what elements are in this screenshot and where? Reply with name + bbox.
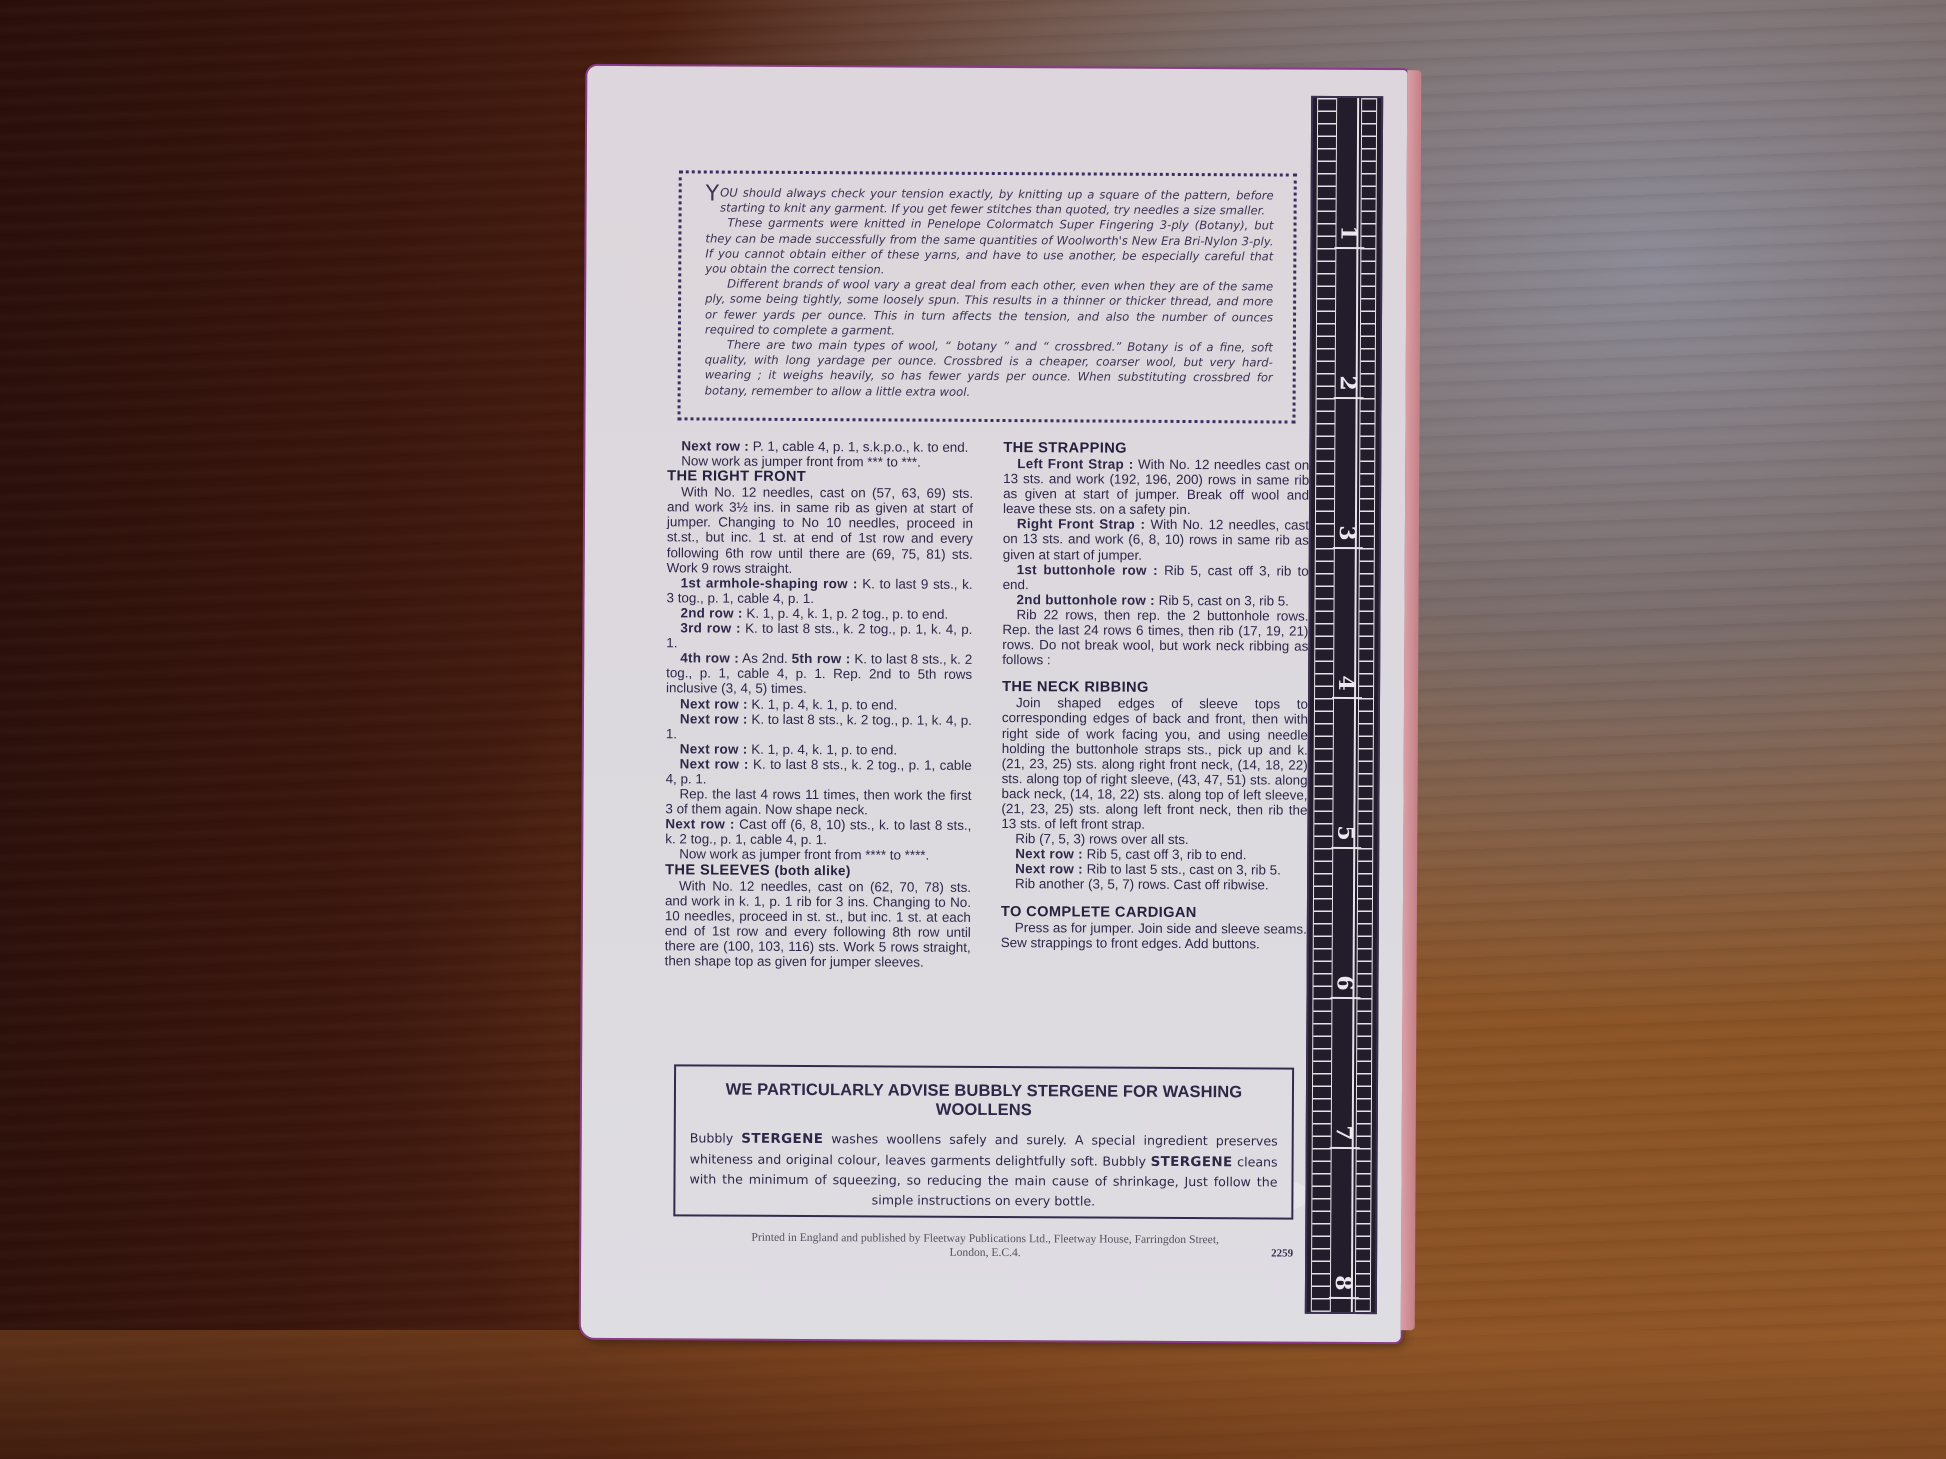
closing-instruction: Now work as jumper front from **** to **… xyxy=(665,847,971,864)
ruler-inch-tick xyxy=(1334,397,1364,399)
instruction-row: Next row : P. 1, cable 4, p. 1, s.k.p.o.… xyxy=(667,438,973,455)
inch-ruler: 12345678 xyxy=(1305,96,1383,1314)
instruction-row: 3rd row : K. to last 8 sts., k. 2 tog., … xyxy=(666,620,972,652)
advert-title: WE PARTICULARLY ADVISE BUBBLY STERGENE F… xyxy=(690,1080,1278,1121)
section-heading-neck-ribbing: THE NECK RIBBING xyxy=(1002,679,1308,697)
instruction-row: 4th row : As 2nd. 5th row : K. to last 8… xyxy=(666,651,972,698)
left-column: Next row : P. 1, cable 4, p. 1, s.k.p.o.… xyxy=(665,438,974,970)
advert-body: Bubbly STERGENE washes woollens safely a… xyxy=(689,1128,1277,1211)
neck-shaping-row: Next row : Cast off (6, 8, 10) sts., k. … xyxy=(665,817,971,849)
ruler-inch-label: 6 xyxy=(1331,973,1357,993)
tension-paragraph-1: YOU should always check your tension exa… xyxy=(706,185,1274,218)
stergene-advert-box: WE PARTICULARLY ADVISE BUBBLY STERGENE F… xyxy=(673,1064,1294,1219)
ruler-inch-tick xyxy=(1332,697,1362,699)
left-front-strap: Left Front Strap : With No. 12 needles c… xyxy=(1003,456,1309,518)
sleeves-body: With No. 12 needles, cast on (62, 70, 78… xyxy=(665,878,971,970)
knitting-pattern-leaflet: YOU should always check your tension exa… xyxy=(581,66,1408,1342)
complete-cardigan-body: Press as for jumper. Join side and sleev… xyxy=(1001,920,1307,952)
instruction-row: Next row : K. to last 8 sts., k. 2 tog.,… xyxy=(666,756,972,788)
ruler-inch-tick xyxy=(1329,1297,1359,1299)
tension-paragraph-4: There are two main types of wool, “ bota… xyxy=(705,338,1273,402)
instruction-row: Now work as jumper front from *** to ***… xyxy=(667,453,973,470)
publication-code: 2259 xyxy=(1271,1247,1293,1259)
section-heading-sleeves: THE SLEEVES (both alike) xyxy=(665,862,971,880)
ruler-inch-tick xyxy=(1334,247,1364,249)
tension-paragraph-2: These garments were knitted in Penelope … xyxy=(705,216,1273,280)
section-heading-complete-cardigan: TO COMPLETE CARDIGAN xyxy=(1001,904,1307,922)
ruler-inch-tick xyxy=(1330,997,1360,999)
right-column: THE STRAPPING Left Front Strap : With No… xyxy=(1001,440,1310,951)
drop-cap: Y xyxy=(706,185,720,203)
ruler-inch-tick xyxy=(1330,1147,1360,1149)
instruction-row: Next row : K. to last 8 sts., k. 2 tog.,… xyxy=(666,711,972,743)
ruler-inch-label: 3 xyxy=(1334,523,1360,543)
ruler-inch-label: 1 xyxy=(1335,223,1361,243)
section-heading-right-front: THE RIGHT FRONT xyxy=(667,468,973,486)
buttonhole-row-1: 1st buttonhole row : Rib 5, cast off 3, … xyxy=(1003,562,1309,594)
instruction-row: 1st armhole-shaping row : K. to last 9 s… xyxy=(667,575,973,607)
ruler-inch-label: 4 xyxy=(1333,673,1359,693)
table-edge-band xyxy=(0,1330,1946,1459)
publisher-imprint: Printed in England and published by Flee… xyxy=(665,1230,1305,1261)
ruler-inch-label: 5 xyxy=(1332,823,1358,843)
instruction-row: Next row : Rib to last 5 sts., cast on 3… xyxy=(1001,861,1307,878)
brand-name: STERGENE xyxy=(1151,1154,1233,1169)
neck-ribbing-rib: Rib (7, 5, 3) rows over all sts. xyxy=(1001,831,1307,848)
instruction-row: 2nd row : K. 1, p. 4, k. 1, p. 2 tog., p… xyxy=(666,605,972,622)
repeat-instruction: Rep. the last 4 rows 11 times, then work… xyxy=(665,786,971,818)
brand-name: STERGENE xyxy=(741,1132,823,1147)
tension-paragraph-3: Different brands of wool vary a great de… xyxy=(705,277,1273,341)
section-heading-strapping: THE STRAPPING xyxy=(1003,440,1309,458)
right-front-body: With No. 12 needles, cast on (57, 63, 69… xyxy=(667,484,973,576)
instruction-row: Next row : Rib 5, cast off 3, rib to end… xyxy=(1001,846,1307,863)
neck-ribbing-body: Join shaped edges of sleeve tops to corr… xyxy=(1001,695,1308,832)
instruction-row: Next row : K. 1, p. 4, k. 1, p. to end. xyxy=(666,741,972,758)
neck-ribbing-finish: Rib another (3, 5, 7) rows. Cast off rib… xyxy=(1001,876,1307,893)
ruler-inch-label: 2 xyxy=(1335,373,1361,393)
ruler-inch-label: 8 xyxy=(1330,1273,1356,1293)
ruler-inch-tick xyxy=(1331,847,1361,849)
right-front-strap: Right Front Strap : With No. 12 needles,… xyxy=(1003,516,1309,563)
buttonhole-row-2: 2nd buttonhole row : Rib 5, cast on 3, r… xyxy=(1003,592,1309,609)
ruler-inch-tick xyxy=(1333,547,1363,549)
ruler-ticks-right xyxy=(1355,98,1377,1312)
ruler-inch-label: 7 xyxy=(1331,1123,1357,1143)
leaflet-cover-edge xyxy=(1401,70,1422,1330)
strapping-continue: Rib 22 rows, then rep. the 2 buttonhole … xyxy=(1002,607,1308,669)
tension-note-box: YOU should always check your tension exa… xyxy=(677,170,1296,423)
instruction-row: Next row : K. 1, p. 4, k. 1, p. to end. xyxy=(666,696,972,713)
